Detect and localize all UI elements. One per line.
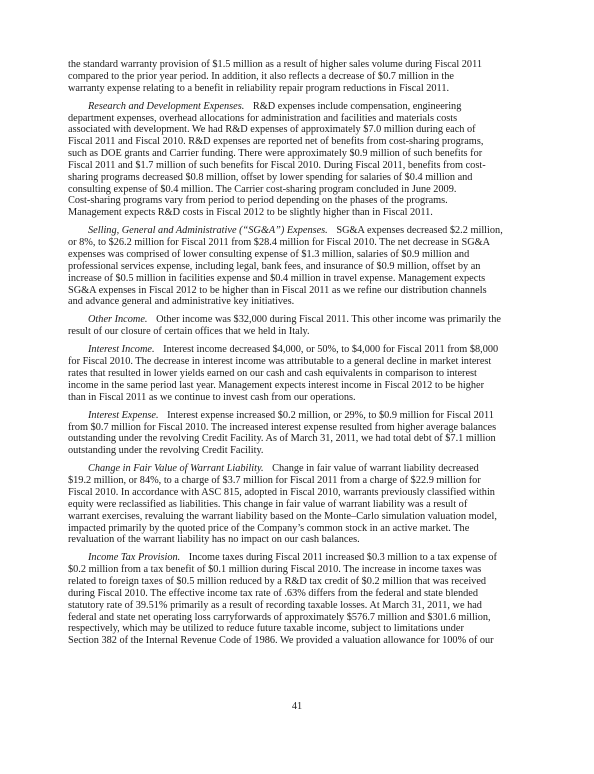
text-run: Interest expense increased $0.2 million,…	[167, 410, 494, 421]
text-line: during Fiscal 2010. The effective income…	[68, 588, 530, 600]
text-line: SG&A expenses in Fiscal 2012 to be highe…	[68, 285, 530, 297]
section-heading: Other Income.	[88, 314, 147, 325]
text-line: such as DOE grants and Carrier funding. …	[68, 148, 530, 160]
section-heading: Selling, General and Administrative (“SG…	[88, 225, 328, 236]
text-line: rates that resulted in lower yields earn…	[68, 368, 530, 380]
text-line: Cost-sharing programs vary from period t…	[68, 195, 530, 207]
text-run: Other income was $32,000 during Fiscal 2…	[156, 314, 501, 325]
text-line: Fiscal 2010. In accordance with ASC 815,…	[68, 487, 530, 499]
section-heading: Interest Expense.	[88, 410, 159, 421]
text-line: from $0.7 million for Fiscal 2010. The i…	[68, 422, 530, 434]
text-line: Management expects R&D costs in Fiscal 2…	[68, 207, 530, 219]
text-line: respectively, which may be utilized to r…	[68, 623, 530, 635]
text-run: Change in fair value of warrant liabilit…	[272, 463, 479, 474]
text-line: the standard warranty provision of $1.5 …	[68, 59, 530, 71]
text-line: for Fiscal 2010. The decrease in interes…	[68, 356, 530, 368]
text-line: $0.2 million from a tax benefit of $0.1 …	[68, 564, 530, 576]
page-number: 41	[0, 701, 594, 712]
paragraph-interest-income: Interest Income. Interest income decreas…	[68, 344, 530, 403]
section-heading: Interest Income.	[88, 344, 155, 355]
text-line: Interest Expense. Interest expense incre…	[68, 410, 530, 422]
text-line: income in the same period last year. Man…	[68, 380, 530, 392]
text-line: expenses was comprised of lower consulti…	[68, 249, 530, 261]
section-heading: Change in Fair Value of Warrant Liabilit…	[88, 463, 264, 474]
section-heading: Research and Development Expenses.	[88, 101, 244, 112]
text-line: Section 382 of the Internal Revenue Code…	[68, 635, 530, 647]
paragraph-research-and-development: Research and Development Expenses. R&D e…	[68, 101, 530, 219]
text-line: warranty expense relating to a benefit i…	[68, 83, 530, 95]
text-line: Change in Fair Value of Warrant Liabilit…	[68, 463, 530, 475]
text-line: statutory rate of 39.51% primarily as a …	[68, 600, 530, 612]
text-line: outstanding under the revolving Credit F…	[68, 433, 530, 445]
document-page: the standard warranty provision of $1.5 …	[68, 59, 530, 653]
text-line: consulting expense of $0.4 million. The …	[68, 184, 530, 196]
paragraph-income-tax-provision: Income Tax Provision. Income taxes durin…	[68, 552, 530, 647]
text-run: SG&A expenses decreased $2.2 million,	[336, 225, 502, 236]
text-line: Fiscal 2011 and $1.7 million of such ben…	[68, 160, 530, 172]
text-line: increase of $0.5 million in facilities e…	[68, 273, 530, 285]
text-run: R&D expenses include compensation, engin…	[253, 101, 461, 112]
text-line: Research and Development Expenses. R&D e…	[68, 101, 530, 113]
text-line: and advance general and administrative k…	[68, 296, 530, 308]
text-line: warrant exercises, revaluing the warrant…	[68, 511, 530, 523]
text-line: compared to the prior year period. In ad…	[68, 71, 530, 83]
text-line: Interest Income. Interest income decreas…	[68, 344, 530, 356]
text-line: revaluation of the warrant liability has…	[68, 534, 530, 546]
text-line: or 8%, to $26.2 million for Fiscal 2011 …	[68, 237, 530, 249]
text-run: Income taxes during Fiscal 2011 increase…	[189, 552, 497, 563]
text-line: department expenses, overhead allocation…	[68, 113, 530, 125]
paragraph-other-income: Other Income. Other income was $32,000 d…	[68, 314, 530, 338]
text-line: associated with development. We had R&D …	[68, 124, 530, 136]
text-line: professional services expense, including…	[68, 261, 530, 273]
text-line: result of our closure of certain offices…	[68, 326, 530, 338]
paragraph-warranty-continuation: the standard warranty provision of $1.5 …	[68, 59, 530, 95]
text-line: Other Income. Other income was $32,000 d…	[68, 314, 530, 326]
text-line: outstanding under the revolving Credit F…	[68, 445, 530, 457]
text-run: Interest income decreased $4,000, or 50%…	[163, 344, 498, 355]
text-line: than in Fiscal 2011 as we continue to in…	[68, 392, 530, 404]
text-line: impacted primarily by the quoted price o…	[68, 523, 530, 535]
paragraph-sga: Selling, General and Administrative (“SG…	[68, 225, 530, 308]
text-line: federal and state net operating loss car…	[68, 612, 530, 624]
text-line: equity were reclassified as liabilities.…	[68, 499, 530, 511]
text-line: Income Tax Provision. Income taxes durin…	[68, 552, 530, 564]
paragraph-warrant-liability: Change in Fair Value of Warrant Liabilit…	[68, 463, 530, 546]
paragraph-interest-expense: Interest Expense. Interest expense incre…	[68, 410, 530, 457]
text-line: Fiscal 2011 and Fiscal 2010. R&D expense…	[68, 136, 530, 148]
text-line: related to foreign taxes of $0.5 million…	[68, 576, 530, 588]
section-heading: Income Tax Provision.	[88, 552, 180, 563]
text-line: Selling, General and Administrative (“SG…	[68, 225, 530, 237]
text-line: sharing programs decreased $0.8 million,…	[68, 172, 530, 184]
text-line: $19.2 million, or 84%, to a charge of $3…	[68, 475, 530, 487]
